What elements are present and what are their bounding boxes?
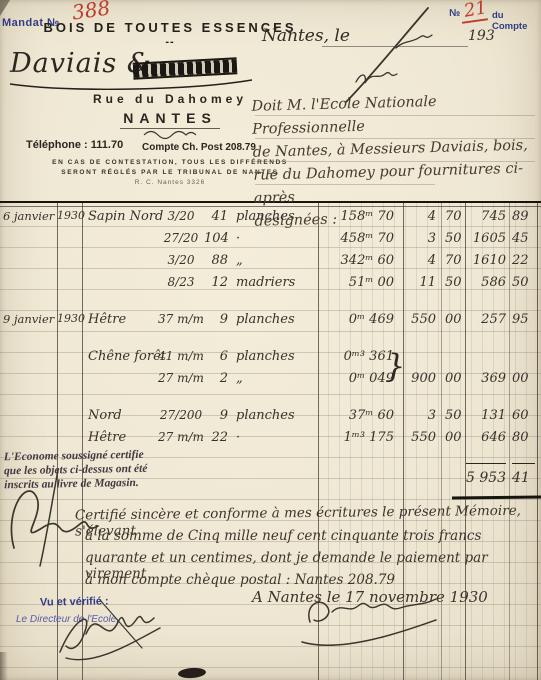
postal-account-line: Compte Ch. Post 208.79 [142, 142, 256, 153]
certification-line-2: à la somme de Cinq mille neuf cent cinqu… [85, 528, 481, 544]
cell-amount-centimes: 60 [512, 408, 536, 423]
dateline-year: 193 [468, 28, 495, 44]
total-rule-francs [466, 463, 506, 464]
dateline-city: Nantes, le [262, 26, 350, 46]
cell-price-centimes: 50 [445, 408, 465, 423]
cell-amount-francs: 586 [466, 275, 506, 290]
cell-amount-centimes: 95 [512, 312, 536, 327]
scan-edge-shadow [0, 652, 8, 680]
table-row: 8/23 12 madriers 51ᵐ 00 11 50 586 50 [0, 275, 541, 297]
cell-dimension: 27/20 [158, 231, 204, 245]
cell-quantity: 9 [204, 408, 228, 423]
cell-measure: 158ᵐ 70 [322, 209, 394, 224]
cell-price-francs: 11 [404, 275, 436, 290]
cell-price-francs: 3 [404, 231, 436, 246]
cell-measure: 37ᵐ 60 [322, 408, 394, 423]
tagline-dash: -- [40, 36, 300, 48]
cell-quantity: 22 [204, 430, 228, 445]
cell-price-francs: 4 [404, 253, 436, 268]
account-suffix: du Compte [492, 10, 541, 32]
company-tagline: BOIS DE TOUTES ESSENCES [40, 20, 300, 35]
cell-price-francs: 3 [404, 408, 436, 423]
faint-rule [255, 115, 535, 116]
measure-brace: } [385, 347, 405, 385]
cell-amount-centimes: 22 [512, 253, 536, 268]
cell-price-centimes: 00 [445, 371, 465, 386]
ornament-flourish-icon [140, 129, 200, 141]
cell-dimension: 37 m/m [158, 312, 204, 326]
company-signature: Daviais & [10, 48, 152, 79]
table-row: Nord 27/200 9 planches 37ᵐ 60 3 50 131 6… [0, 408, 541, 430]
total-centimes: 41 [512, 470, 536, 486]
certification-line-4: à mon compte chèque postal : Nantes 208.… [85, 572, 395, 588]
cell-unit: · [236, 231, 240, 246]
cell-measure: 1ᵐ³ 175 [322, 430, 394, 445]
cell-item: Sapin Nord [88, 209, 163, 224]
cell-amount-francs: 131 [466, 408, 506, 423]
table-row: 3/20 88 „ 342ᵐ 60 4 70 1610 22 [0, 253, 541, 275]
cell-quantity: 41 [204, 209, 228, 224]
cell-price-centimes: 50 [445, 275, 465, 290]
cell-price-francs: 550 [404, 430, 436, 445]
cell-quantity: 88 [204, 253, 228, 268]
table-row: Chêne forêt 41 m/m 6 planches 0ᵐ³ 361 [0, 349, 541, 371]
cell-price-centimes: 00 [445, 312, 465, 327]
cell-dimension: 3/20 [158, 209, 204, 223]
cell-date: 9 janvier [3, 312, 55, 326]
table-row: 9 janvier 1930 Hêtre 37 m/m 9 planches 0… [0, 312, 541, 334]
cell-amount-centimes: 45 [512, 231, 536, 246]
cell-quantity: 12 [204, 275, 228, 290]
scan-corner-artifact [0, 0, 10, 16]
cell-quantity: 2 [204, 371, 228, 386]
cell-price-centimes: 70 [445, 253, 465, 268]
cell-measure: 0ᵐ 049 [322, 371, 394, 386]
cell-year: 1930 [57, 209, 81, 222]
total-francs: 5 953 [466, 470, 506, 486]
cell-measure: 0ᵐ³ 361 [322, 349, 394, 364]
cell-amount-centimes: 00 [512, 371, 536, 386]
cell-date: 6 janvier [3, 209, 55, 223]
cell-quantity: 104 [204, 231, 228, 246]
cell-dimension: 8/23 [158, 275, 204, 289]
cell-price-centimes: 00 [445, 430, 465, 445]
cell-amount-francs: 745 [466, 209, 506, 224]
cell-amount-francs: 646 [466, 430, 506, 445]
table-row: 6 janvier 1930 Sapin Nord 3/20 41 planch… [0, 209, 541, 231]
cell-amount-francs: 1605 [466, 231, 506, 246]
cell-amount-francs: 1610 [466, 253, 506, 268]
cell-item: Nord [88, 408, 122, 423]
cell-amount-centimes: 89 [512, 209, 536, 224]
table-row: 27/20 104 · 458ᵐ 70 3 50 1605 45 [0, 231, 541, 253]
econome-stamp-line-3: inscrits au livre de Magasin. [4, 476, 148, 493]
invoice-document: Mandat № 388 № 21 du Compte BOIS DE TOUT… [0, 0, 541, 680]
cell-item: Chêne forêt [88, 349, 166, 364]
cell-quantity: 6 [204, 349, 228, 364]
phone-line: Téléphone : 111.70 [26, 139, 123, 151]
cell-unit: planches [236, 209, 295, 224]
dateline-rule [322, 46, 468, 47]
cell-measure: 0ᵐ 469 [322, 312, 394, 327]
table-row: 27 m/m 2 „ 0ᵐ 049 900 00 369 00 [0, 371, 541, 393]
cell-unit: planches [236, 349, 295, 364]
cell-dimension: 27 m/m [158, 371, 204, 385]
cell-price-francs: 900 [404, 371, 436, 386]
cell-dimension: 27/200 [158, 408, 204, 422]
cell-measure: 458ᵐ 70 [322, 231, 394, 246]
econome-stamp: L'Econome soussigné certifie que les obj… [4, 448, 148, 492]
cell-price-francs: 550 [404, 312, 436, 327]
cell-amount-francs: 369 [466, 371, 506, 386]
cell-measure: 51ᵐ 00 [322, 275, 394, 290]
cell-unit: madriers [236, 275, 295, 290]
certification-dateline: A Nantes le 17 novembre 1930 [252, 588, 488, 606]
cell-price-centimes: 70 [445, 209, 465, 224]
cell-amount-centimes: 50 [512, 275, 536, 290]
cell-year: 1930 [57, 312, 81, 325]
cell-unit: planches [236, 312, 295, 327]
cell-unit: „ [236, 253, 243, 268]
cell-dimension: 27 m/m [158, 430, 204, 444]
total-rule-centimes [512, 463, 535, 464]
cell-item: Hêtre [88, 312, 126, 327]
directeur-stamp: Le Directeur de l'Ecole, [16, 614, 119, 625]
faint-rule [255, 184, 435, 185]
faint-rule [255, 161, 535, 162]
cell-price-francs: 4 [404, 209, 436, 224]
cell-amount-francs: 257 [466, 312, 506, 327]
cell-dimension: 3/20 [158, 253, 204, 267]
cell-quantity: 9 [204, 312, 228, 327]
cell-unit: planches [236, 408, 295, 423]
cell-unit: „ [236, 371, 243, 386]
cell-measure: 342ᵐ 60 [322, 253, 394, 268]
cell-unit: · [236, 430, 240, 445]
account-no-label: № [449, 8, 460, 19]
cell-price-centimes: 50 [445, 231, 465, 246]
faint-rule [255, 138, 535, 139]
cell-dimension: 41 m/m [158, 349, 204, 363]
vu-et-verifie-stamp: Vu et vérifié : [40, 595, 109, 608]
cell-item: Hêtre [88, 430, 126, 445]
cell-amount-centimes: 80 [512, 430, 536, 445]
